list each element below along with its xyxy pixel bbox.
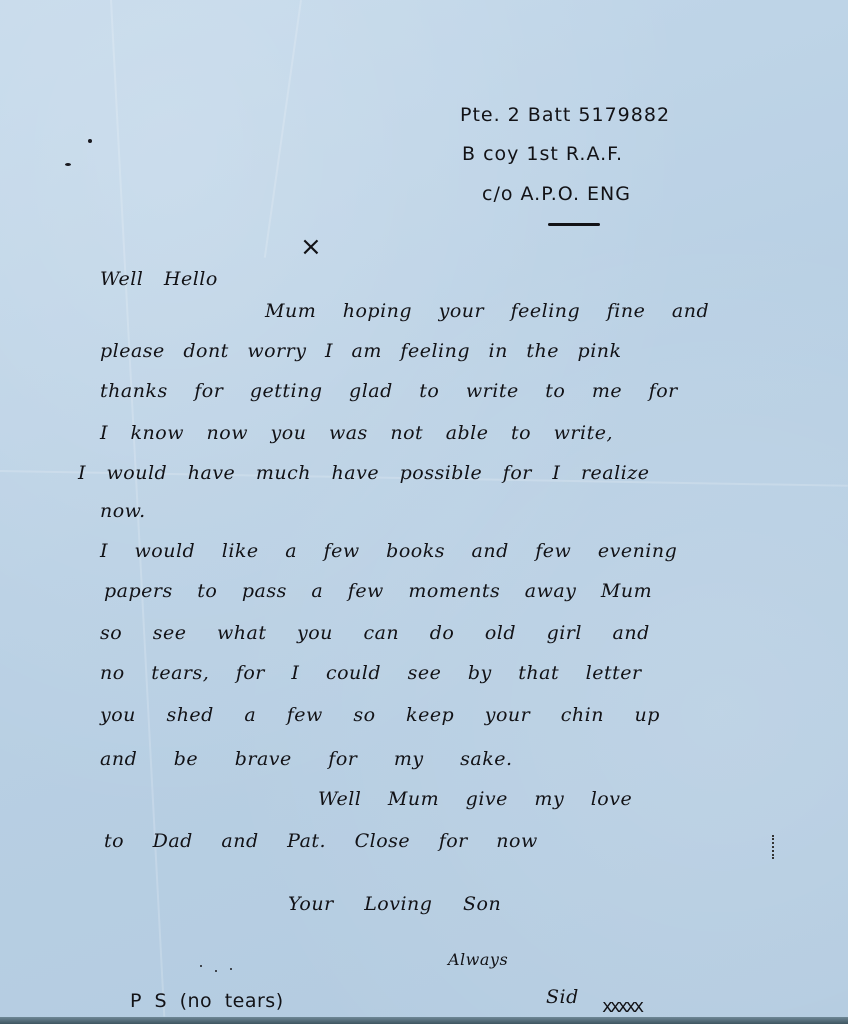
body-line: so see what you can do old girl and	[100, 622, 650, 644]
body-line: I would have much have possible for I re…	[78, 462, 650, 484]
body-line: Well Mum give my love	[318, 788, 632, 810]
body-line: papers to pass a few moments away Mum	[104, 580, 652, 602]
ink-speck	[230, 968, 232, 970]
signature: Sid	[546, 986, 579, 1008]
header-address-line-2: B coy 1st R.A.F.	[462, 143, 623, 165]
body-line: now.	[100, 500, 146, 522]
letter-paper: Pte. 2 Batt 5179882 B coy 1st R.A.F. c/o…	[0, 0, 848, 1018]
body-line: I would like a few books and few evening	[100, 540, 677, 562]
body-line: to Dad and Pat. Close for now	[104, 830, 538, 852]
margin-mark	[772, 835, 776, 859]
body-line: and be brave for my sake.	[100, 748, 513, 770]
ink-speck	[88, 139, 92, 143]
greeting: Well Hello	[100, 268, 218, 290]
closing-always: Always	[448, 950, 508, 969]
postscript: P S (no tears)	[130, 990, 284, 1012]
closing: Your Loving Son	[288, 893, 501, 915]
ink-speck	[215, 970, 217, 972]
header-address-line-1: Pte. 2 Batt 5179882	[460, 104, 670, 126]
body-line: please dont worry I am feeling in the pi…	[100, 340, 622, 362]
body-line: no tears, for I could see by that letter	[100, 662, 642, 684]
kiss-mark: ×	[300, 232, 322, 262]
body-line: I know now you was not able to write,	[100, 422, 613, 444]
paper-crease	[264, 0, 302, 258]
body-line: thanks for getting glad to write to me f…	[100, 380, 678, 402]
body-line: Mum hoping your feeling fine and	[265, 300, 709, 322]
ink-speck	[65, 163, 71, 166]
scan-bottom-edge	[0, 1017, 848, 1024]
signature-kisses: xxxxx	[602, 996, 641, 1017]
address-underline	[548, 223, 600, 226]
ink-speck	[200, 965, 202, 967]
body-line: you shed a few so keep your chin up	[100, 704, 660, 726]
header-address-line-3: c/o A.P.O. ENG	[482, 183, 631, 205]
